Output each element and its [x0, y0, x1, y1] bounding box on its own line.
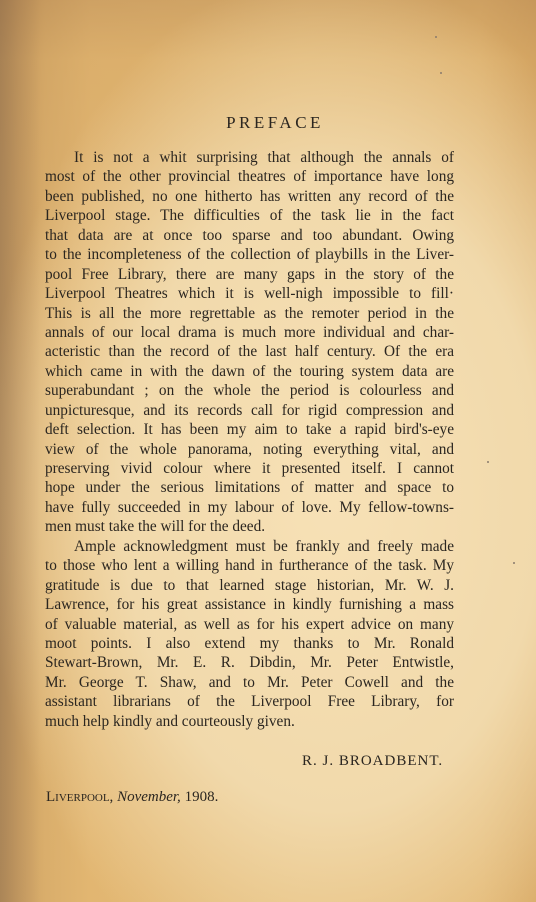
text-line: have fully succeeded in my labour of lov… — [45, 498, 454, 517]
text-line: pool Free Library, there are many gaps i… — [45, 265, 454, 284]
place-date-line: Liverpool, November, 1908. — [46, 789, 218, 806]
text-line: to the incompleteness of the collection … — [45, 245, 454, 264]
text-line: most of the other provincial theatres of… — [45, 167, 454, 186]
paragraph-1: It is not a whit surprising that althoug… — [45, 148, 454, 537]
text-line: of valuable material, as well as for his… — [45, 615, 454, 634]
author-signature: R. J. BROADBENT. — [302, 753, 443, 770]
text-line: gratitude is due to that learned stage h… — [45, 576, 454, 595]
book-page: PREFACE It is not a whit surprising that… — [0, 0, 536, 902]
preface-body: It is not a whit surprising that althoug… — [45, 148, 454, 731]
text-line: to those who lent a willing hand in furt… — [45, 556, 454, 575]
page-title: PREFACE — [0, 113, 536, 133]
year: 1908. — [185, 789, 219, 805]
text-line: acteristic than the record of the last h… — [45, 342, 454, 361]
text-line: Liverpool Theatres which it is well-nigh… — [45, 284, 454, 303]
text-line: view of the whole panorama, noting every… — [45, 440, 454, 459]
text-line: This is all the more regrettable as the … — [45, 304, 454, 323]
text-line: which came in with the dawn of the touri… — [45, 362, 454, 381]
text-line: Liverpool stage. The difficulties of the… — [45, 206, 454, 225]
month: November, — [117, 789, 181, 805]
text-line: It is not a whit surprising that althoug… — [45, 148, 454, 167]
text-line: been published, no one hitherto has writ… — [45, 187, 454, 206]
text-line: Stewart-Brown, Mr. E. R. Dibdin, Mr. Pet… — [45, 653, 454, 672]
text-line: men must take the will for the deed. — [45, 517, 454, 536]
text-line: much help kindly and courteously given. — [45, 712, 454, 731]
text-line: assistant librarians of the Liverpool Fr… — [45, 692, 454, 711]
paper-speck — [513, 562, 515, 564]
text-line: Mr. George T. Shaw, and to Mr. Peter Cow… — [45, 673, 454, 692]
text-line: moot points. I also extend my thanks to … — [45, 634, 454, 653]
text-line: superabundant ; on the whole the period … — [45, 381, 454, 400]
page-gutter-shadow — [0, 0, 40, 902]
text-line: deft selection. It has been my aim to ta… — [45, 420, 454, 439]
text-line: Lawrence, for his great assistance in ki… — [45, 595, 454, 614]
text-line: preserving vivid colour where it present… — [45, 459, 454, 478]
text-line: unpicturesque, and its records call for … — [45, 401, 454, 420]
paper-speck — [487, 461, 489, 463]
paragraph-2: Ample acknowledgment must be frankly and… — [45, 537, 454, 731]
paper-speck — [440, 72, 442, 74]
text-line: Ample acknowledgment must be frankly and… — [45, 537, 454, 556]
place: Liverpool, — [46, 789, 113, 805]
text-line: annals of our local drama is much more i… — [45, 323, 454, 342]
paper-speck — [435, 36, 437, 38]
text-line: hope under the serious limitations of ma… — [45, 478, 454, 497]
text-line: that data are at once too sparse and too… — [45, 226, 454, 245]
